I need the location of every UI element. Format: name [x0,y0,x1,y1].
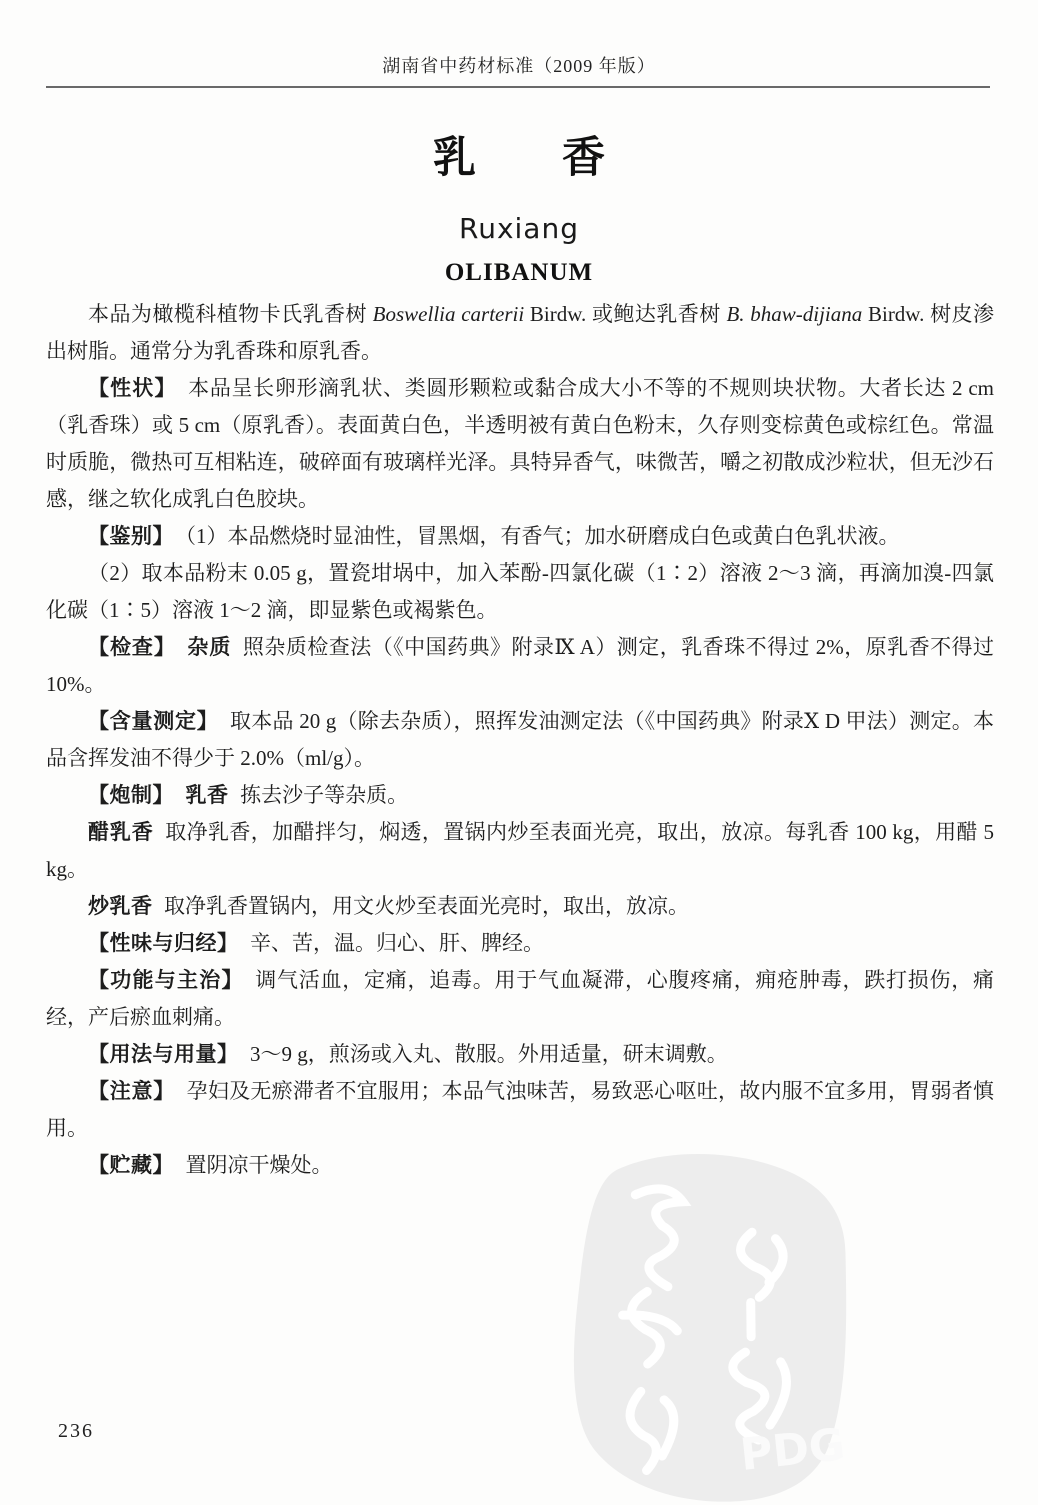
paragraph: 炒乳香取净乳香置锅内，用文火炒至表面光亮时，取出，放凉。 [46,888,994,925]
running-header: 湖南省中药材标准（2009 年版） [0,52,1038,78]
text-segment: 置阴凉干燥处。 [186,1153,333,1177]
text-segment: 本品为橄榄科植物卡氏乳香树 [88,302,373,326]
section-label: 【鉴别】 [88,525,174,548]
text-segment: 取净乳香，加醋拌匀，焖透，置锅内炒至表面光亮，取出，放凉。每乳香 100 kg，… [46,820,994,881]
page-title: 乳 香 [0,124,1038,185]
section-label: 乳香 [186,784,229,807]
text-segment: Boswellia carterii [373,302,525,326]
section-label: 【注意】 [88,1080,175,1103]
section-label: 【性味与归经】 [88,932,239,955]
text-segment: 本品呈长卵形滴乳状、类圆形颗粒或黏合成大小不等的不规则块状物。大者长达 2 cm… [46,376,994,511]
paragraph: 醋乳香取净乳香，加醋拌匀，焖透，置锅内炒至表面光亮，取出，放凉。每乳香 100 … [46,814,994,888]
header-rule [46,86,990,88]
section-label: 杂质 [187,636,231,659]
watermark-pdg-text: PDG [738,1419,848,1481]
watermark-blob [564,1148,858,1505]
text-segment: B. bhaw-dijiana [726,302,862,326]
paragraph: 【贮藏】置阴凉干燥处。 [46,1147,994,1184]
watermark-seal-graphic: PDG [552,1148,862,1505]
section-label: 醋乳香 [88,821,154,844]
section-label: 【贮藏】 [88,1154,174,1177]
text-segment: Birdw. 或鲍达乳香树 [524,302,726,326]
section-label: 【检查】 [88,636,176,659]
text-segment: 孕妇及无瘀滞者不宜服用；本品气浊味苦，易致恶心呕吐，故内服不宜多用，胃弱者慎用。 [46,1079,994,1140]
paragraph: 【鉴别】（1）本品燃烧时显油性，冒黑烟，有香气；加水研磨成白色或黄白色乳状液。 [46,518,994,555]
text-segment: 辛、苦，温。归心、肝、脾经。 [250,931,544,955]
section-label: 【炮制】 [88,784,174,807]
paragraph: （2）取本品粉末 0.05 g，置瓷坩埚中，加入苯酚-四氯化碳（1∶2）溶液 2… [46,555,994,629]
text-segment: 拣去沙子等杂质。 [240,783,408,807]
watermark-seal-glyphs [607,1186,806,1484]
text-segment: （1）本品燃烧时显油性，冒黑烟，有香气；加水研磨成白色或黄白色乳状液。 [186,524,900,548]
paragraph: 【功能与主治】调气活血，定痛，追毒。用于气血凝滞，心腹疼痛，痈疮肿毒，跌打损伤，… [46,962,994,1036]
paragraph: 【注意】孕妇及无瘀滞者不宜服用；本品气浊味苦，易致恶心呕吐，故内服不宜多用，胃弱… [46,1073,994,1147]
document-body: 本品为橄榄科植物卡氏乳香树 Boswellia carterii Birdw. … [46,296,994,1184]
section-label: 【功能与主治】 [88,969,244,992]
document-page: 湖南省中药材标准（2009 年版） 乳 香 Ruxiang OLIBANUM 本… [0,0,1038,1505]
text-segment: （2）取本品粉末 0.05 g，置瓷坩埚中，加入苯酚-四氯化碳（1∶2）溶液 2… [46,561,994,622]
section-label: 【含量测定】 [88,710,218,733]
text-segment: 取净乳香置锅内，用文火炒至表面光亮时，取出，放凉。 [164,894,689,918]
paragraph: 【用法与用量】3～9 g，煎汤或入丸、散服。外用适量，研末调敷。 [46,1036,994,1073]
paragraph: 【性状】本品呈长卵形滴乳状、类圆形颗粒或黏合成大小不等的不规则块状物。大者长达 … [46,370,994,518]
paragraph: 【性味与归经】辛、苦，温。归心、肝、脾经。 [46,925,994,962]
text-segment: 3～9 g，煎汤或入丸、散服。外用适量，研末调敷。 [250,1042,728,1066]
title-latin: OLIBANUM [0,259,1038,287]
section-label: 【用法与用量】 [88,1043,239,1066]
page-number: 236 [58,1420,94,1443]
title-pinyin: Ruxiang [0,212,1038,245]
section-label: 炒乳香 [88,895,153,918]
paragraph: 【含量测定】取本品 20 g（除去杂质），照挥发油测定法（《中国药典》附录Ⅹ D… [46,703,994,777]
paragraph: 【检查】杂质照杂质检查法（《中国药典》附录Ⅸ A）测定，乳香珠不得过 2%，原乳… [46,629,994,703]
watermark-seal: PDG [552,1148,862,1505]
paragraph: 本品为橄榄科植物卡氏乳香树 Boswellia carterii Birdw. … [46,296,994,370]
paragraph: 【炮制】乳香拣去沙子等杂质。 [46,777,994,814]
section-label: 【性状】 [88,377,177,400]
